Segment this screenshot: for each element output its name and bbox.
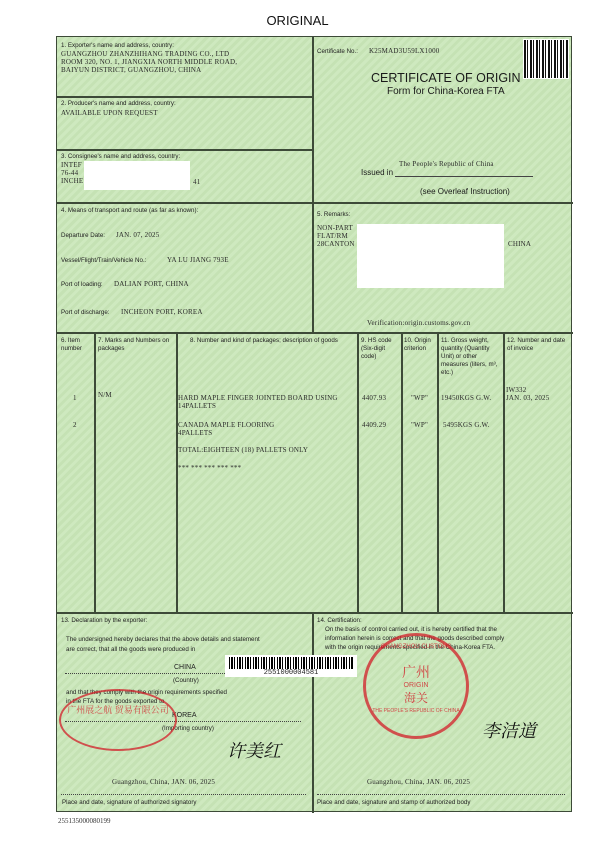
remarks-label: 5. Remarks:	[317, 211, 350, 219]
issued-in-label: Issued in	[361, 168, 393, 177]
declaration-label: 13. Declaration by the exporter:	[61, 617, 147, 625]
header-invoice: 12. Number and date of invoice	[507, 337, 569, 353]
divider	[312, 613, 314, 813]
stamp-origin-text: ORIGIN	[366, 682, 466, 689]
header-origin: 10. Origin criterion	[404, 337, 436, 353]
row-2-item: 2	[73, 421, 77, 429]
qr-code-icon	[523, 39, 569, 79]
row-1-description: HARD MAPLE FINGER JOINTED BOARD USING 14…	[178, 394, 338, 410]
certificate-subtitle: Form for China-Korea FTA	[387, 86, 505, 97]
country-caption: (Country)	[173, 677, 199, 685]
declaration-text-2: are correct, that all the goods were pro…	[66, 646, 195, 654]
invoice-date: JAN. 03, 2025	[506, 394, 549, 402]
barcode: 2551000004581	[225, 655, 357, 677]
exporter-place-date: Guangzhou, China, JAN. 06, 2025	[112, 778, 215, 786]
header-description: 8. Number and kind of packages; descript…	[190, 337, 350, 345]
vessel-value: YA LU JIANG 793E	[167, 256, 229, 264]
certificate-title: CERTIFICATE OF ORIGIN	[371, 71, 521, 85]
divider	[57, 96, 313, 98]
header-weight: 11. Gross weight, quantity (Quantity Uni…	[441, 337, 501, 377]
verification-url: Verification:origin.customs.gov.cn	[367, 319, 470, 327]
row-1-item: 1	[73, 394, 77, 402]
transport-label: 4. Means of transport and route (as far …	[61, 207, 198, 215]
consignee-line-2: 76-44	[61, 169, 78, 177]
divider	[57, 149, 313, 151]
authority-place-date: Guangzhou, China, JAN. 06, 2025	[367, 778, 470, 786]
vessel-label: Vessel/Flight/Train/Vehicle No.:	[61, 257, 146, 265]
row-2-description: CANADA MAPLE FLOORING 4PALLETS	[178, 421, 274, 437]
divider	[401, 333, 403, 613]
stamp-center-text: 广州	[366, 662, 466, 682]
exporter-line-2: ROOM 320, NO. 1, JIANGXIA NORTH MIDDLE R…	[61, 58, 237, 66]
consignee-suffix: 41	[193, 178, 200, 186]
remarks-line-1: NON-PART	[317, 224, 353, 232]
stamp-top-text: GUANGZHOU CUSTOMS	[366, 644, 466, 650]
remarks-line-3: 28CANTON	[317, 240, 355, 248]
divider	[57, 332, 573, 334]
exporter-signature: 许美红	[227, 737, 281, 763]
loading-label: Port of loading:	[61, 281, 103, 289]
divider	[176, 333, 178, 613]
stamp-bottom-text: THE PEOPLE'S REPUBLIC OF CHINA	[366, 708, 466, 714]
producer-label: 2. Producer's name and address, country:	[61, 100, 176, 108]
header-marks: 7. Marks and Numbers on packages	[98, 337, 174, 353]
company-stamp: 广州展之航 贸易有限公司	[59, 689, 177, 751]
remarks-country: CHINA	[508, 240, 531, 248]
remarks-line-2: FLAT/RM	[317, 232, 348, 240]
page-title: ORIGINAL	[0, 13, 595, 28]
header-hs-code: 9. HS code (Six-digit code)	[361, 337, 399, 361]
discharge-value: INCHEON PORT, KOREA	[121, 308, 203, 316]
row-2-hs: 4409.29	[362, 421, 386, 429]
consignee-label: 3. Consignee's name and address, country…	[61, 153, 180, 161]
loading-value: DALIAN PORT, CHINA	[114, 280, 189, 288]
produced-country: CHINA	[174, 664, 196, 672]
divider	[437, 333, 439, 613]
overleaf-note: (see Overleaf Instruction)	[420, 187, 510, 196]
divider	[94, 333, 96, 613]
divider	[312, 37, 314, 333]
end-marks: *** *** *** *** ***	[178, 464, 241, 472]
invoice-number: IW332	[506, 386, 526, 394]
barcode-bars	[229, 657, 353, 669]
header-item-number: 6. Item number	[61, 337, 91, 353]
exporter-footer-label: Place and date, signature of authorized …	[62, 799, 197, 807]
barcode-number: 2551000004581	[225, 669, 357, 677]
document-serial-number: 255135000080199	[58, 817, 111, 825]
authority-signature: 李洁道	[482, 717, 536, 743]
departure-label: Departure Date:	[61, 232, 105, 240]
consignee-line-3: INCHE	[61, 177, 83, 185]
total-line: TOTAL:EIGHTEEN (18) PALLETS ONLY	[178, 446, 308, 454]
authority-footer-label: Place and date, signature and stamp of a…	[317, 799, 470, 807]
certificate-no-label: Certificate No.:	[317, 48, 358, 56]
issued-in-underline	[395, 176, 533, 177]
departure-value: JAN. 07, 2025	[116, 231, 159, 239]
producer-value: AVAILABLE UPON REQUEST	[61, 109, 158, 117]
row-1-weight: 19450KGS G.W.	[441, 394, 491, 402]
row-1-hs: 4407.93	[362, 394, 386, 402]
certificate-form: 1. Exporter's name and address, country:…	[56, 36, 572, 812]
stamp-bottom-cn-text: 海关	[366, 689, 466, 706]
signature-line	[61, 794, 306, 795]
row-2-origin: "WP"	[411, 421, 428, 429]
row-1-origin: "WP"	[411, 394, 428, 402]
consignee-line-1: INTEF	[61, 161, 82, 169]
declaration-text-1: The undersigned hereby declares that the…	[66, 636, 260, 644]
marks-value: N/M	[98, 391, 112, 399]
divider	[57, 612, 573, 614]
discharge-label: Port of discharge:	[61, 309, 110, 317]
issued-in-value: The People's Republic of China	[399, 160, 494, 168]
exporter-line-3: BAIYUN DISTRICT, GUANGZHOU, CHINA	[61, 66, 201, 74]
redaction	[357, 224, 504, 288]
certificate-no: K25MAD3U59LX1000	[369, 47, 439, 55]
exporter-line-1: GUANGZHOU ZHANZHIHANG TRADING CO., LTD	[61, 50, 229, 58]
row-2-weight: 5495KGS G.W.	[443, 421, 490, 429]
divider	[503, 333, 505, 613]
certification-label: 14. Certification:	[317, 617, 362, 625]
customs-stamp: GUANGZHOU CUSTOMS 广州 ORIGIN 海关 THE PEOPL…	[363, 633, 469, 739]
divider	[57, 202, 573, 204]
divider	[357, 333, 359, 613]
authority-signature-line	[317, 794, 565, 795]
redaction	[84, 161, 190, 190]
exporter-label: 1. Exporter's name and address, country:	[61, 42, 174, 50]
